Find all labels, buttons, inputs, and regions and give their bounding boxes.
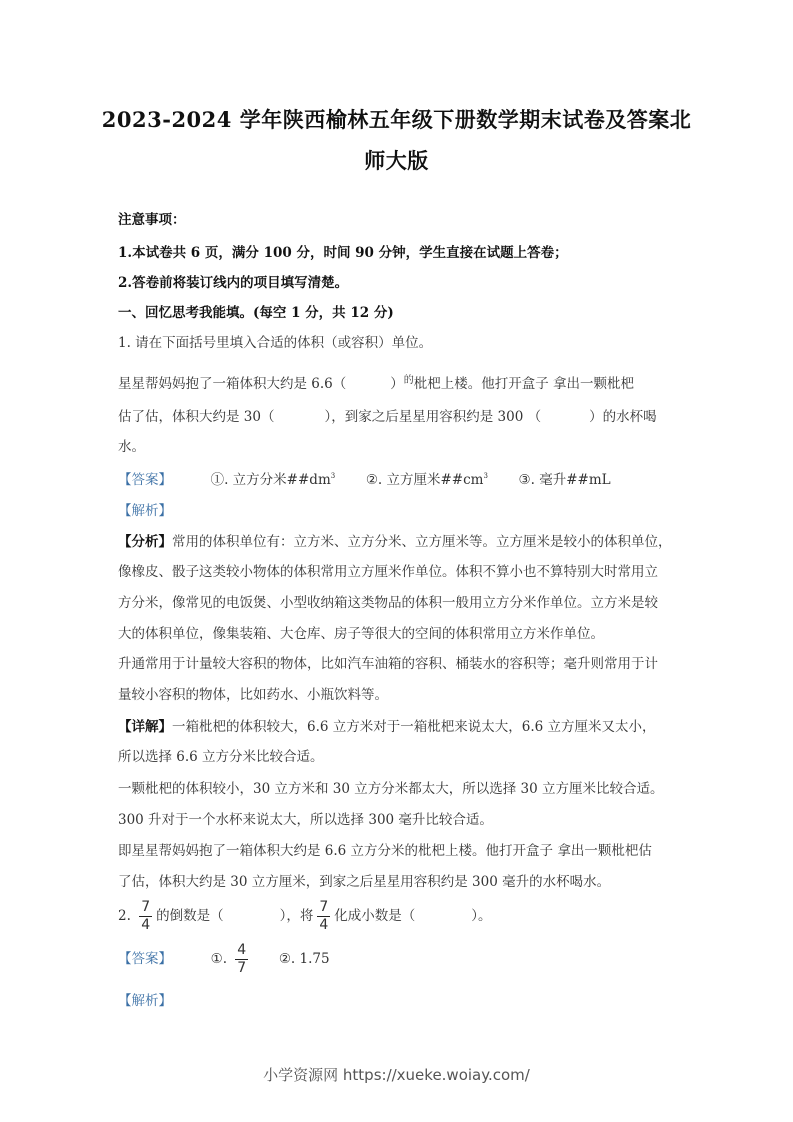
fenxi-line-4: 大的体积单位，像集装箱、大仓库、房子等很大的空间的体积常用立方米作单位。 [118,622,604,642]
section-1-heading: 一、回忆思考我能填。(每空 1 分，共 12 分) [118,301,394,321]
question-1-answer: 【答案】 ①. 立方分米##dm3 ②. 立方厘米##cm3 ③. 毫升##mL [118,468,611,488]
q1-text-b: 估了估，体积大约是 30（ [118,409,274,425]
answer-item-3: ③. 毫升##mL [519,472,611,488]
notice-item-1: 1.本试卷共 6 页，满分 100 分，时间 90 分钟，学生直接在试题上答卷； [118,241,568,261]
question-1-text-line-1: 星星帮妈妈抱了一箱体积大约是 6.6（）的枇杷上楼。他打开盒子 拿出一颗枇杷 [118,371,634,392]
superscript-3: 3 [331,472,335,480]
answer-item-2: ②. 1.75 [279,951,330,967]
notice-item-2: 2.答卷前将装订线内的项目填写清楚。 [118,271,348,291]
xiangjie-line-5: 即星星帮妈妈抱了一箱体积大约是 6.6 立方分米的枇杷上楼。他打开盒子 拿出一颗… [118,839,652,859]
answer-item-2: ②. 立方厘米##cm [366,472,484,488]
question-2: 2. 74的倒数是（），将74化成小数是（）。 [118,899,492,934]
q1-text-a-rest: 枇杷上楼。他打开盒子 拿出一颗枇杷 [414,376,634,392]
fenxi-label: 【分析】 [118,534,172,550]
q1-text-b-mid: ），到家之后星星用容积约是 300 （ [324,409,541,425]
xiangjie-line-2: 所以选择 6.6 立方分米比较合适。 [118,745,324,765]
document-page: 2023-2024 学年陕西榆林五年级下册数学期末试卷及答案北 师大版 注意事项… [0,0,793,1122]
analysis-label: 【解析】 [118,499,172,519]
question-1-text-line-2: 估了估，体积大约是 30（），到家之后星星用容积约是 300 （）的水杯喝 [118,405,657,425]
fenxi-line-2: 像橡皮、骰子这类较小物体的体积常用立方厘米作单位。体积不算小也不算特别大时常用立 [118,560,658,580]
q1-close-paren: ） [390,376,404,392]
q2-text-4: ）。 [471,908,491,924]
q2-text-1: 的倒数是（ [156,908,224,924]
question-2-answer: 【答案】 ①. 47 ②. 1.75 [118,942,330,977]
fenxi-line-1: 【分析】常用的体积单位有：立方米、立方分米、立方厘米等。立方厘米是较小的体积单位… [118,530,672,550]
xiangjie-label: 【详解】 [118,719,172,735]
superscript-3: 3 [483,472,487,480]
answer-label: 【答案】 [118,951,172,967]
xiangjie-line-1: 【详解】一箱枇杷的体积较大，6.6 立方米对于一箱枇杷来说太大，6.6 立方厘米… [118,715,656,735]
notice-heading: 注意事项： [118,208,186,228]
q1-text-a: 星星帮妈妈抱了一箱体积大约是 6.6（ [118,376,346,392]
fenxi-line-6: 量较小容积的物体，比如药水、小瓶饮料等。 [118,683,388,703]
xiangjie-line-3: 一颗枇杷的体积较小，30 立方米和 30 立方分米都太大，所以选择 30 立方厘… [118,777,664,797]
document-title-line-1: 2023-2024 学年陕西榆林五年级下册数学期末试卷及答案北 [100,104,693,134]
answer-item-1-prefix: ①. [211,951,227,967]
fenxi-text: 常用的体积单位有：立方米、立方分米、立方厘米等。立方厘米是较小的体积单位， [172,534,672,550]
answer-label: 【答案】 [118,472,172,488]
fraction-4-7: 47 [235,942,248,977]
fraction-7-4: 74 [317,899,330,934]
q1-text-b-end: ）的水杯喝 [589,409,657,425]
question-1-prompt: 1. 请在下面括号里填入合适的体积（或容积）单位。 [118,331,432,351]
document-title-line-2: 师大版 [100,145,693,175]
q1-de: 的 [404,375,414,386]
q2-text-3: 化成小数是（ [334,908,415,924]
question-1-text-line-3: 水。 [118,435,145,455]
fenxi-line-5: 升通常用于计量较大容积的物体，比如汽车油箱的容积、桶装水的容积等；毫升则常用于计 [118,652,658,672]
footer-watermark: 小学资源网 https://xueke.woiay.com/ [0,1064,793,1085]
q2-number: 2. [118,908,131,924]
xiangjie-line-4: 300 升对于一个水杯来说太大，所以选择 300 毫升比较合适。 [118,808,493,828]
analysis-label: 【解析】 [118,989,172,1009]
fenxi-line-3: 方分米，像常见的电饭煲、小型收纳箱这类物品的体积一般用立方分米作单位。立方米是较 [118,591,658,611]
fraction-7-4: 74 [139,899,152,934]
answer-item-1: ①. 立方分米##dm [211,472,331,488]
q2-text-2: ），将 [280,908,314,924]
xiangjie-text: 一箱枇杷的体积较大，6.6 立方米对于一箱枇杷来说太大，6.6 立方厘米又太小， [172,719,656,735]
xiangjie-line-6: 了估，体积大约是 30 立方厘米，到家之后星星用容积约是 300 毫升的水杯喝水… [118,870,610,890]
